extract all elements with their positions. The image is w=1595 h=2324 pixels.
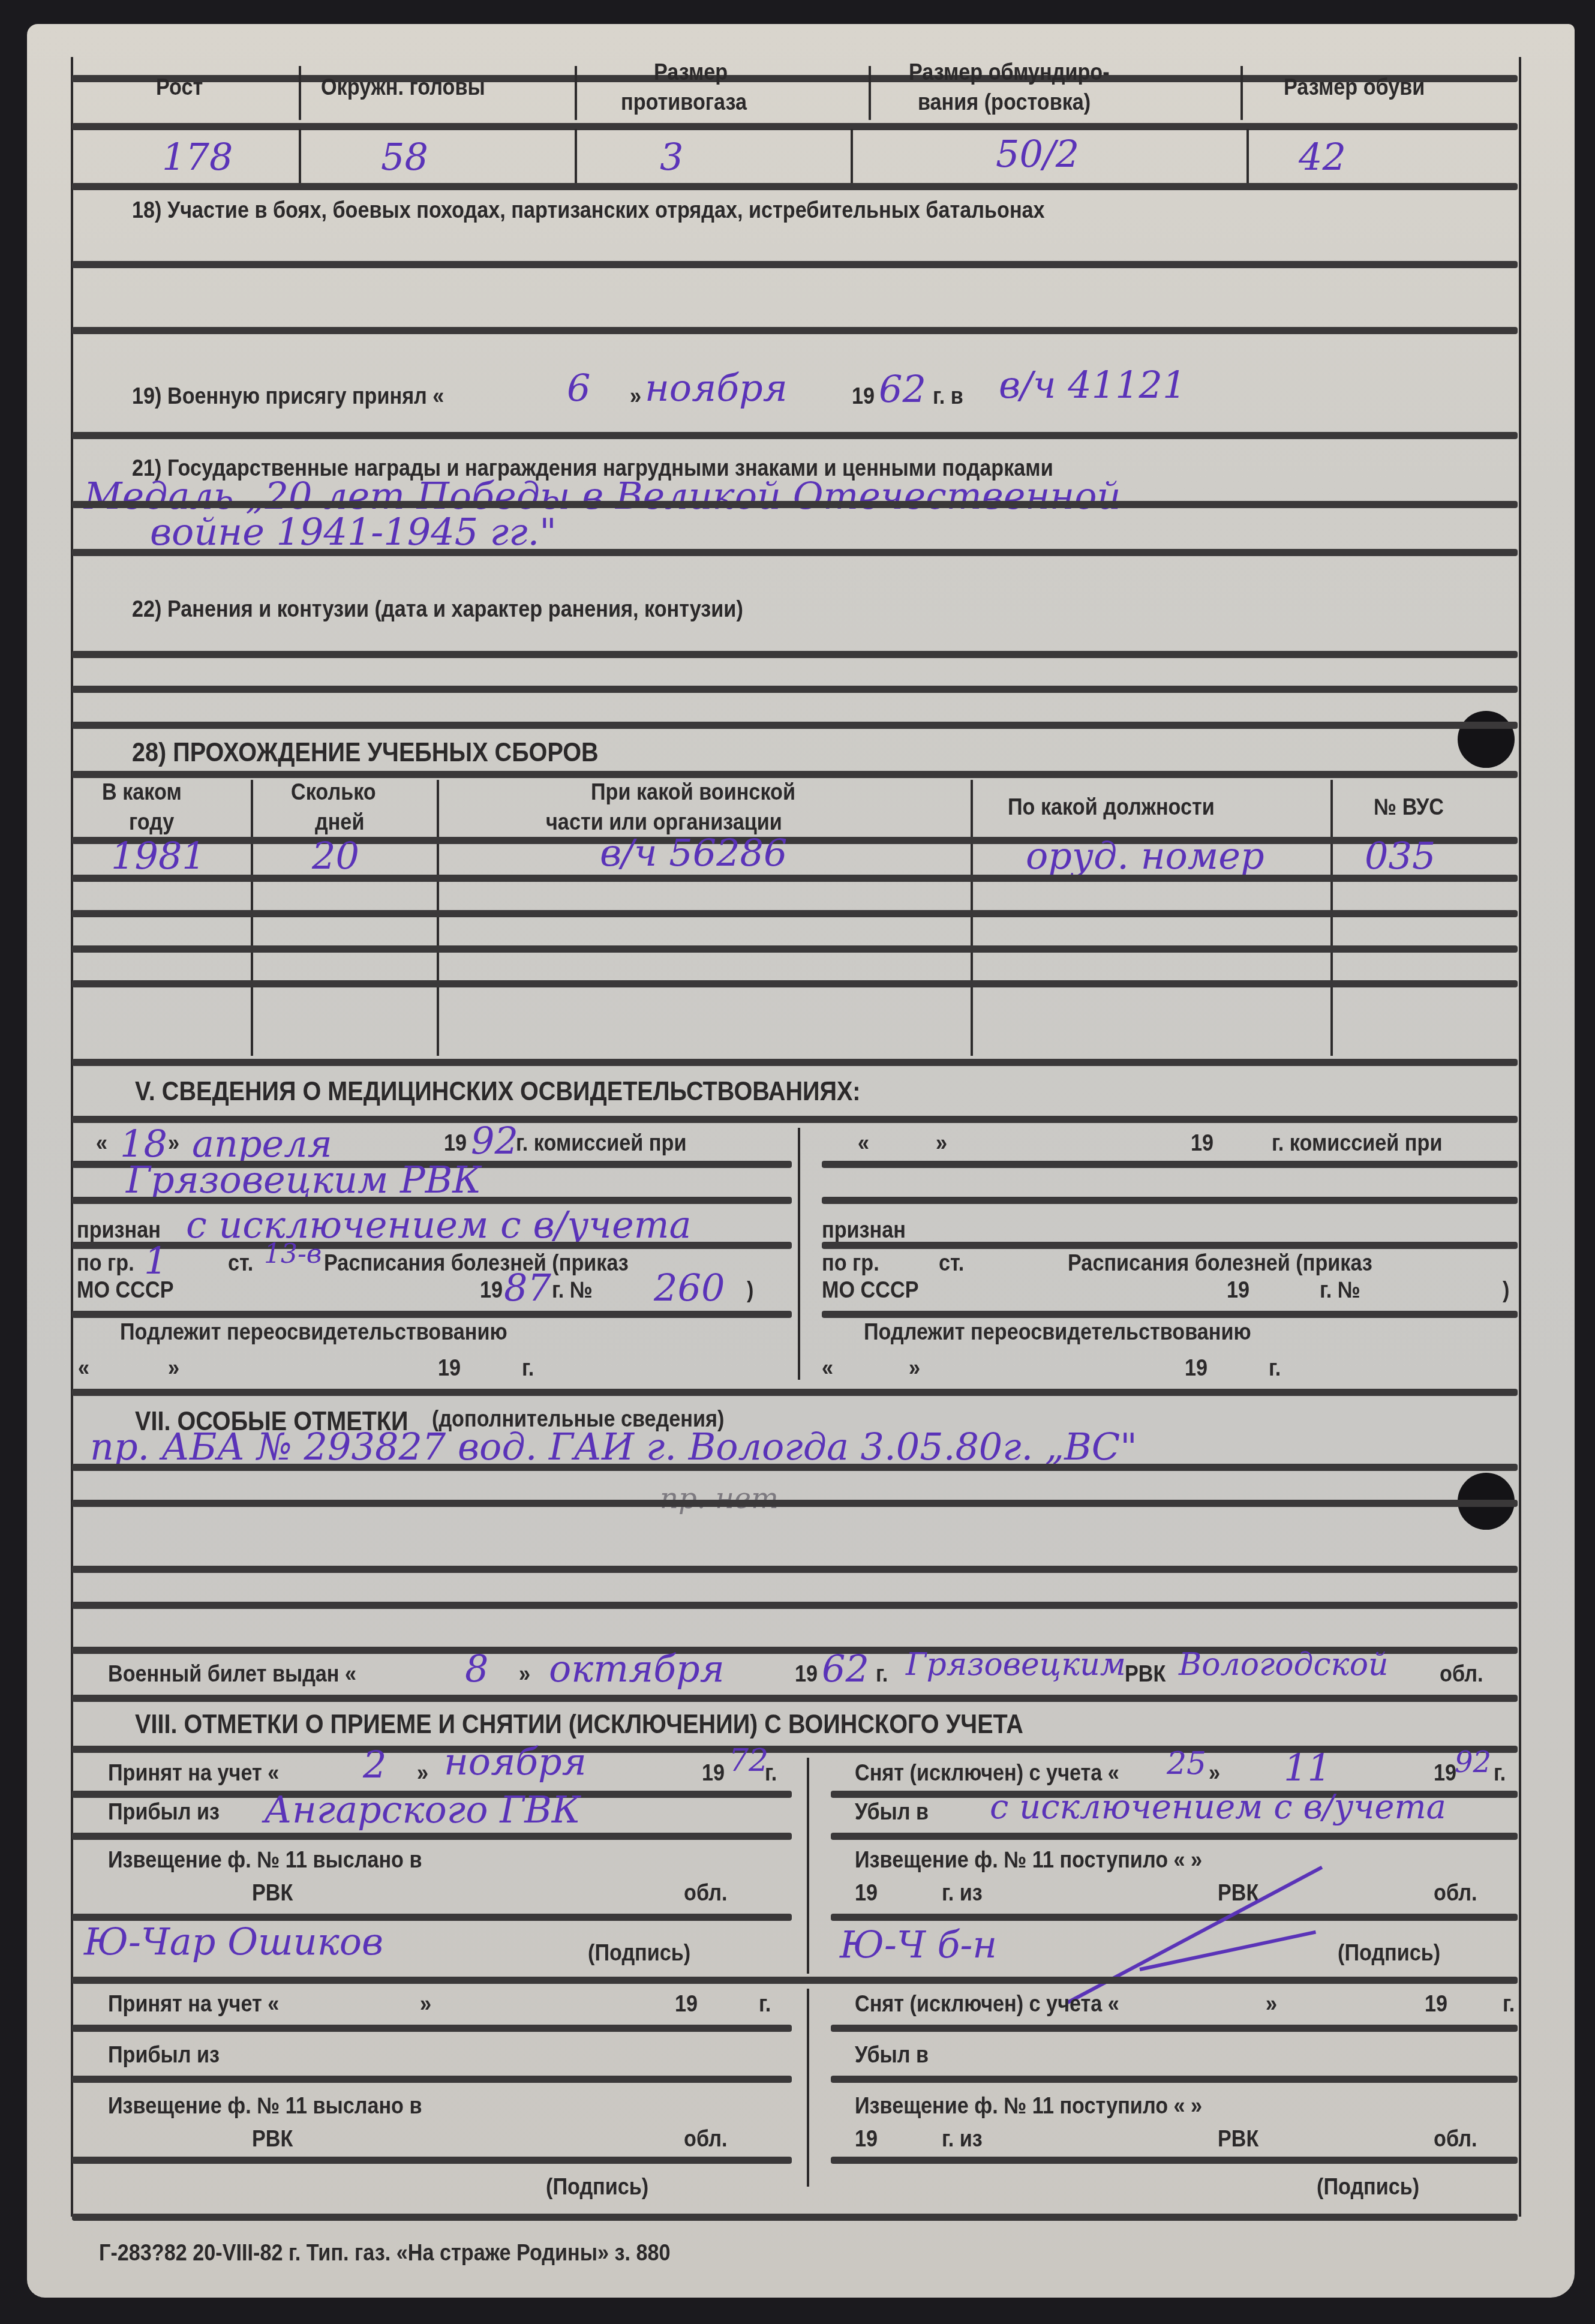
order-year-prefix: 19: [480, 1278, 503, 1304]
header-head-circ: Окружн. головы: [321, 75, 485, 101]
schedule-label: Расписания болезней (приказ: [324, 1251, 629, 1277]
rvk-label: РВК: [252, 2127, 293, 2152]
oath-year-prefix: 19: [852, 384, 875, 410]
rule: [72, 722, 1518, 729]
oath-year-label: г. в: [933, 384, 963, 410]
ticket-day: 8: [465, 1647, 488, 1691]
article-value: 13-в: [264, 1239, 322, 1269]
quote-open: «: [78, 1356, 89, 1382]
quote-close: »: [519, 1662, 530, 1688]
accepted-month: ноября: [444, 1740, 587, 1783]
year-prefix: 19: [702, 1761, 725, 1786]
col-divider: [575, 129, 577, 186]
rule: [72, 1389, 1518, 1396]
col-divider: [299, 66, 301, 120]
header-uniform: Размер обмундиро-: [909, 60, 1110, 86]
col-divider: [251, 780, 253, 1056]
g-label: г.: [1503, 1992, 1515, 2017]
removed-label: Снят (исключен) с учета «: [855, 1761, 1119, 1786]
rule: [72, 686, 1518, 693]
order-no-label: г. №: [1320, 1278, 1360, 1304]
year-prefix: 19: [855, 1881, 878, 1906]
header-unit: При какой воинской: [591, 780, 795, 806]
from-label: г. из: [942, 2127, 983, 2152]
order-no: 260: [654, 1266, 725, 1310]
col-divider: [851, 129, 853, 186]
rvk-label: РВК: [1218, 2127, 1258, 2152]
header-vus: № ВУС: [1374, 795, 1444, 821]
rule: [72, 123, 1518, 130]
quote-close: »: [1209, 1761, 1220, 1786]
obl-label: обл.: [1434, 2127, 1477, 2152]
rule: [72, 2025, 792, 2032]
rule: [72, 183, 1518, 190]
rule: [72, 1833, 792, 1840]
section-8-title: VIII. ОТМЕТКИ О ПРИЕМЕ И СНЯТИИ (ИСКЛЮЧЕ…: [135, 1710, 1023, 1740]
year-prefix: 19: [1191, 1131, 1213, 1157]
col-divider: [299, 129, 301, 186]
order-year-prefix: 19: [1227, 1278, 1249, 1304]
header-year-2: году: [129, 810, 174, 836]
ticket-rvk: РВК: [1125, 1662, 1166, 1688]
rule: [822, 1197, 1518, 1204]
quote-open: «: [96, 1131, 107, 1157]
ticket-g: г.: [876, 1662, 888, 1688]
col-divider: [807, 1989, 809, 2187]
quote-close: »: [168, 1131, 179, 1157]
col-divider: [1246, 129, 1249, 186]
rule: [72, 651, 1518, 658]
signature-label: (Подпись): [1317, 2175, 1419, 2200]
quote-open: «: [858, 1131, 869, 1157]
g-label: г.: [765, 1761, 777, 1786]
quote-close: »: [630, 384, 641, 410]
value-head-circ: 58: [381, 135, 428, 179]
notice-label: Извещение ф. № 11 выслано в: [108, 2094, 422, 2119]
ticket-obl: обл.: [1440, 1662, 1483, 1688]
accepted-day: 2: [363, 1743, 386, 1786]
header-days: Сколько: [291, 780, 376, 806]
rule: [72, 2157, 792, 2164]
rule: [72, 910, 1518, 917]
rule: [822, 1242, 1518, 1249]
accepted-label: Принят на учет «: [108, 1992, 279, 2017]
close-paren: ): [1503, 1278, 1509, 1304]
quote-close: »: [420, 1992, 431, 2017]
notice-label: Извещение ф. № 11 выслано в: [108, 1848, 422, 1873]
printer-imprint: Г-283?82 20-VIII-82 г. Тип. газ. «На стр…: [99, 2241, 671, 2266]
cell-vus: 035: [1365, 834, 1435, 878]
ticket-oblast-value: Вологодской: [1179, 1647, 1388, 1683]
accepted-label: Принят на учет «: [108, 1761, 279, 1786]
quote-close: »: [909, 1356, 920, 1382]
signature-left: Ю-Чар Ошиков: [84, 1920, 383, 1963]
value-shoes: 42: [1299, 135, 1346, 179]
rule: [72, 501, 1518, 508]
header-uniform-2: вания (ростовка): [918, 90, 1091, 116]
article-label: ст.: [939, 1251, 964, 1277]
removed-day: 25: [1167, 1746, 1206, 1782]
cell-year: 1981: [111, 834, 206, 878]
arrived-value: Ангарского ГВК: [264, 1788, 581, 1831]
commission-label: г. комиссией при: [516, 1131, 686, 1157]
g-label: г.: [759, 1992, 771, 2017]
from-label: г. из: [942, 1881, 983, 1906]
rule: [72, 1311, 792, 1318]
ticket-year-prefix: 19: [795, 1662, 818, 1688]
rule: [831, 2076, 1518, 2083]
rule: [72, 261, 1518, 268]
quote-close: »: [417, 1761, 428, 1786]
commission-label: г. комиссией при: [1272, 1131, 1442, 1157]
commission-value: Грязовецким РВК: [126, 1158, 481, 1202]
header-gasmask-2: противогаза: [621, 90, 747, 116]
rule: [72, 327, 1518, 334]
year-prefix: 19: [1434, 1761, 1456, 1786]
reexam-year: 19: [438, 1356, 461, 1382]
header-shoes: Размер обуви: [1284, 75, 1425, 101]
col-divider: [437, 780, 439, 1056]
oath-month: ноября: [645, 366, 788, 410]
cell-position: оруд. номер: [1026, 834, 1264, 878]
quote-close: »: [168, 1356, 179, 1382]
signature-label: (Подпись): [546, 2175, 648, 2200]
col-divider: [1330, 780, 1333, 1056]
cell-unit: в/ч 56286: [600, 831, 787, 875]
ticket-rvk-value: Грязовецким: [906, 1647, 1126, 1683]
arrived-label: Прибыл из: [108, 2043, 220, 2068]
year-prefix: 19: [675, 1992, 698, 2017]
rule: [831, 2025, 1518, 2032]
col-divider: [971, 780, 973, 1056]
value-uniform: 50/2: [996, 132, 1079, 176]
rule: [72, 549, 1518, 556]
oath-day: 6: [567, 366, 590, 410]
col-divider: [798, 1128, 800, 1380]
rule: [831, 1914, 1518, 1921]
accepted-year: 72: [729, 1743, 768, 1779]
special-notes-line-2: пр. нет: [660, 1482, 779, 1515]
rule: [72, 1500, 1518, 1507]
signature-right: Ю-Ч б-н: [840, 1923, 997, 1966]
notice-label: Извещение ф. № 11 поступило « »: [855, 2094, 1202, 2119]
group-label: по гр.: [77, 1251, 134, 1277]
header-days-2: дней: [315, 810, 364, 836]
rule: [72, 771, 1518, 778]
cell-days: 20: [312, 834, 359, 878]
rule: [72, 980, 1518, 987]
special-notes-line-1: пр. АБА № 293827 вод. ГАИ г. Вологда 3.0…: [90, 1425, 1137, 1469]
reexam-year: 19: [1185, 1356, 1207, 1382]
obl-label: обл.: [684, 2127, 727, 2152]
col-divider: [575, 66, 577, 120]
mo-label: МО СССР: [77, 1278, 174, 1304]
year-prefix: 19: [855, 2127, 878, 2152]
reexam-g: г.: [522, 1356, 534, 1382]
rvk-label: РВК: [252, 1881, 293, 1906]
rule: [72, 1059, 1518, 1066]
rule: [831, 2157, 1518, 2164]
reexam-label: Подлежит переосвидетельствованию: [864, 1320, 1251, 1346]
section-22-label: 22) Ранения и контузии (дата и характер …: [132, 597, 743, 623]
oath-unit: в/ч 41121: [999, 363, 1186, 407]
order-no-label: г. №: [552, 1278, 593, 1304]
reexam-label: Подлежит переосвидетельствованию: [120, 1320, 507, 1346]
signature-label: (Подпись): [588, 1941, 690, 1966]
header-gasmask: Размер: [654, 60, 728, 86]
left-to-value: с исключением с в/учета: [990, 1788, 1446, 1827]
rule: [72, 837, 1518, 844]
signature-label: (Подпись): [1338, 1941, 1440, 1966]
ticket-year: 62: [822, 1647, 869, 1691]
year-prefix: 19: [1425, 1992, 1447, 2017]
order-year: 87: [504, 1266, 551, 1310]
med-year-prefix: 19: [444, 1131, 467, 1157]
ticket-label: Военный билет выдан «: [108, 1662, 356, 1688]
oath-label: 19) Военную присягу принял «: [132, 384, 444, 410]
schedule-label: Расписания болезней (приказ: [1068, 1251, 1372, 1277]
arrived-label: Прибыл из: [108, 1800, 220, 1825]
header-position: По какой должности: [1008, 795, 1215, 821]
section-18-label: 18) Участие в боях, боевых походах, парт…: [132, 198, 1045, 224]
left-to-label: Убыл в: [855, 2043, 929, 2068]
rule: [822, 1161, 1518, 1168]
quote-open: «: [822, 1356, 833, 1382]
recognized-label: признан: [822, 1218, 906, 1244]
section-5-title: V. СВЕДЕНИЯ О МЕДИЦИНСКИХ ОСВИДЕТЕЛЬСТВО…: [135, 1077, 861, 1107]
removed-month: 11: [1284, 1746, 1331, 1789]
removed-year: 92: [1455, 1746, 1491, 1779]
rule: [72, 2076, 792, 2083]
rule: [831, 1833, 1518, 1840]
value-gasmask: 3: [660, 135, 683, 179]
awards-line-2: войне 1941-1945 гг.": [150, 510, 557, 554]
quote-close: »: [936, 1131, 947, 1157]
mo-label: МО СССР: [822, 1278, 919, 1304]
rule: [72, 945, 1518, 953]
col-divider: [1240, 66, 1243, 120]
rule: [822, 1311, 1518, 1318]
group-label: по гр.: [822, 1251, 879, 1277]
rule: [72, 1242, 792, 1249]
rule: [72, 1464, 1518, 1471]
article-label: ст.: [228, 1251, 253, 1277]
removed-label: Снят (исключен) с учета «: [855, 1992, 1119, 2017]
ticket-month: октября: [549, 1647, 725, 1691]
value-height: 178: [162, 135, 233, 179]
obl-label: обл.: [684, 1881, 727, 1906]
close-paren: ): [747, 1278, 753, 1304]
reexam-g: г.: [1269, 1356, 1281, 1382]
rule: [72, 1602, 1518, 1609]
obl-label: обл.: [1434, 1881, 1477, 1906]
left-to-label: Убыл в: [855, 1800, 929, 1825]
group-value: 1: [144, 1239, 167, 1283]
g-label: г.: [1494, 1761, 1506, 1786]
notice-label: Извещение ф. № 11 поступило « »: [855, 1848, 1202, 1873]
rule: [72, 875, 1518, 882]
rule: [72, 1977, 1518, 1984]
med-year: 92: [471, 1119, 518, 1163]
header-year: В каком: [102, 780, 182, 806]
rule: [72, 1566, 1518, 1573]
oath-year: 62: [879, 367, 926, 411]
quote-close: »: [1266, 1992, 1277, 2017]
rule: [72, 432, 1518, 439]
recognized-value: с исключением с в/учета: [186, 1203, 691, 1247]
header-height: Рост: [156, 75, 203, 101]
rule: [72, 2214, 1518, 2221]
section-28-title: 28) ПРОХОЖДЕНИЕ УЧЕБНЫХ СБОРОВ: [132, 738, 599, 768]
rule: [72, 1695, 1518, 1702]
col-divider: [869, 66, 871, 120]
col-divider: [807, 1758, 809, 1974]
